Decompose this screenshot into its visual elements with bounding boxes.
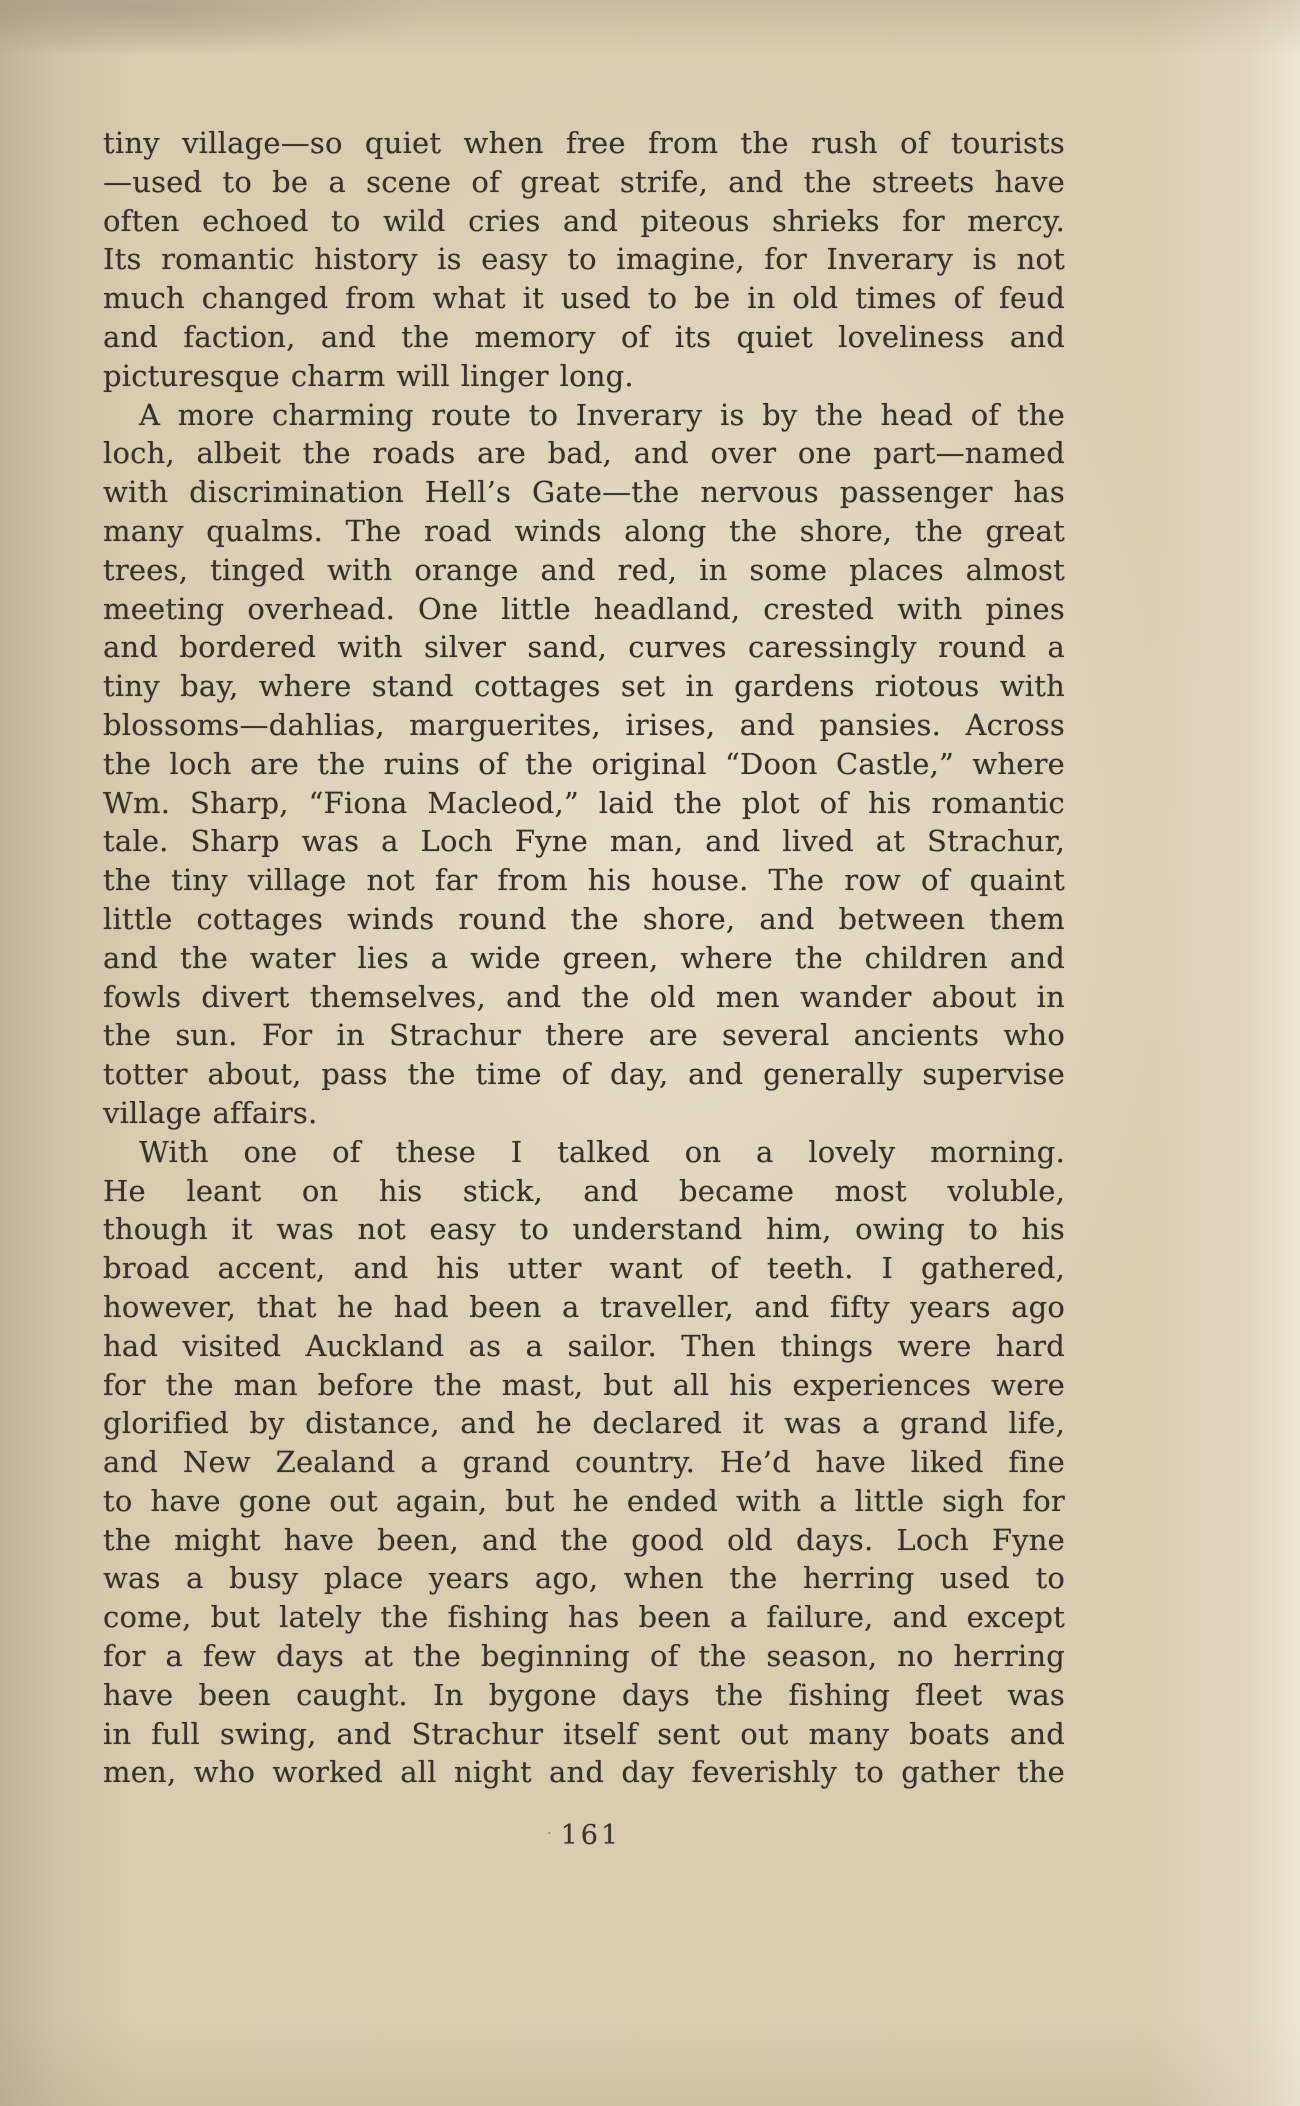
text-line: though it was not easy to understand him… (103, 1210, 1065, 1249)
text-line: little cottages winds round the shore, a… (103, 900, 1065, 939)
text-line: and New Zealand a grand country. He’d ha… (103, 1443, 1065, 1482)
paragraph: A more charming route to Inverary is by … (103, 396, 1065, 1133)
text-line: often echoed to wild cries and piteous s… (103, 202, 1065, 241)
text-line: Wm. Sharp, “Fiona Macleod,” laid the plo… (103, 784, 1065, 823)
text-line: Its romantic history is easy to imagine,… (103, 240, 1065, 279)
text-line: With one of these I talked on a lovely m… (103, 1133, 1065, 1172)
text-line: He leant on his stick, and became most v… (103, 1172, 1065, 1211)
text-line: tiny bay, where stand cottages set in ga… (103, 667, 1065, 706)
text-line: trees, tinged with orange and red, in so… (103, 551, 1065, 590)
text-line: blossoms—dahlias, marguerites, irises, a… (103, 706, 1065, 745)
text-line: the might have been, and the good old da… (103, 1521, 1065, 1560)
text-line: for the man before the mast, but all his… (103, 1366, 1065, 1405)
page-text: tiny village—so quiet when free from the… (103, 124, 1065, 1792)
text-line: A more charming route to Inverary is by … (103, 396, 1065, 435)
text-line: totter about, pass the time of day, and … (103, 1055, 1065, 1094)
text-line: was a busy place years ago, when the her… (103, 1559, 1065, 1598)
text-line: come, but lately the fishing has been a … (103, 1598, 1065, 1637)
text-line: to have gone out again, but he ended wit… (103, 1482, 1065, 1521)
page-number-text: 161 (561, 1820, 622, 1851)
text-line: for a few days at the beginning of the s… (103, 1637, 1065, 1676)
text-line: broad accent, and his utter want of teet… (103, 1249, 1065, 1288)
text-line: and the water lies a wide green, where t… (103, 939, 1065, 978)
text-line: the loch are the ruins of the original “… (103, 745, 1065, 784)
text-line: with discrimination Hell’s Gate—the nerv… (103, 473, 1065, 512)
page-number: ·161 (103, 1820, 1065, 1851)
text-line: have been caught. In bygone days the fis… (103, 1676, 1065, 1715)
text-line: loch, albeit the roads are bad, and over… (103, 434, 1065, 473)
text-line: however, that he had been a traveller, a… (103, 1288, 1065, 1327)
text-line: in full swing, and Strachur itself sent … (103, 1715, 1065, 1754)
text-line: village affairs. (103, 1094, 1065, 1133)
text-line: —used to be a scene of great strife, and… (103, 163, 1065, 202)
text-line: glorified by distance, and he declared i… (103, 1404, 1065, 1443)
text-line: tiny village—so quiet when free from the… (103, 124, 1065, 163)
paragraph: tiny village—so quiet when free from the… (103, 124, 1065, 396)
text-line: fowls divert themselves, and the old men… (103, 978, 1065, 1017)
text-line: picturesque charm will linger long. (103, 357, 1065, 396)
text-line: had visited Auckland as a sailor. Then t… (103, 1327, 1065, 1366)
text-line: tale. Sharp was a Loch Fyne man, and liv… (103, 822, 1065, 861)
text-line: the tiny village not far from his house.… (103, 861, 1065, 900)
book-page: tiny village—so quiet when free from the… (0, 0, 1300, 2106)
text-line: many qualms. The road winds along the sh… (103, 512, 1065, 551)
text-line: much changed from what it used to be in … (103, 279, 1065, 318)
text-line: men, who worked all night and day feveri… (103, 1753, 1065, 1792)
ink-speck: · (547, 1824, 552, 1842)
text-line: and faction, and the memory of its quiet… (103, 318, 1065, 357)
paragraph: With one of these I talked on a lovely m… (103, 1133, 1065, 1793)
text-line: the sun. For in Strachur there are sever… (103, 1016, 1065, 1055)
text-line: and bordered with silver sand, curves ca… (103, 628, 1065, 667)
text-line: meeting overhead. One little headland, c… (103, 590, 1065, 629)
